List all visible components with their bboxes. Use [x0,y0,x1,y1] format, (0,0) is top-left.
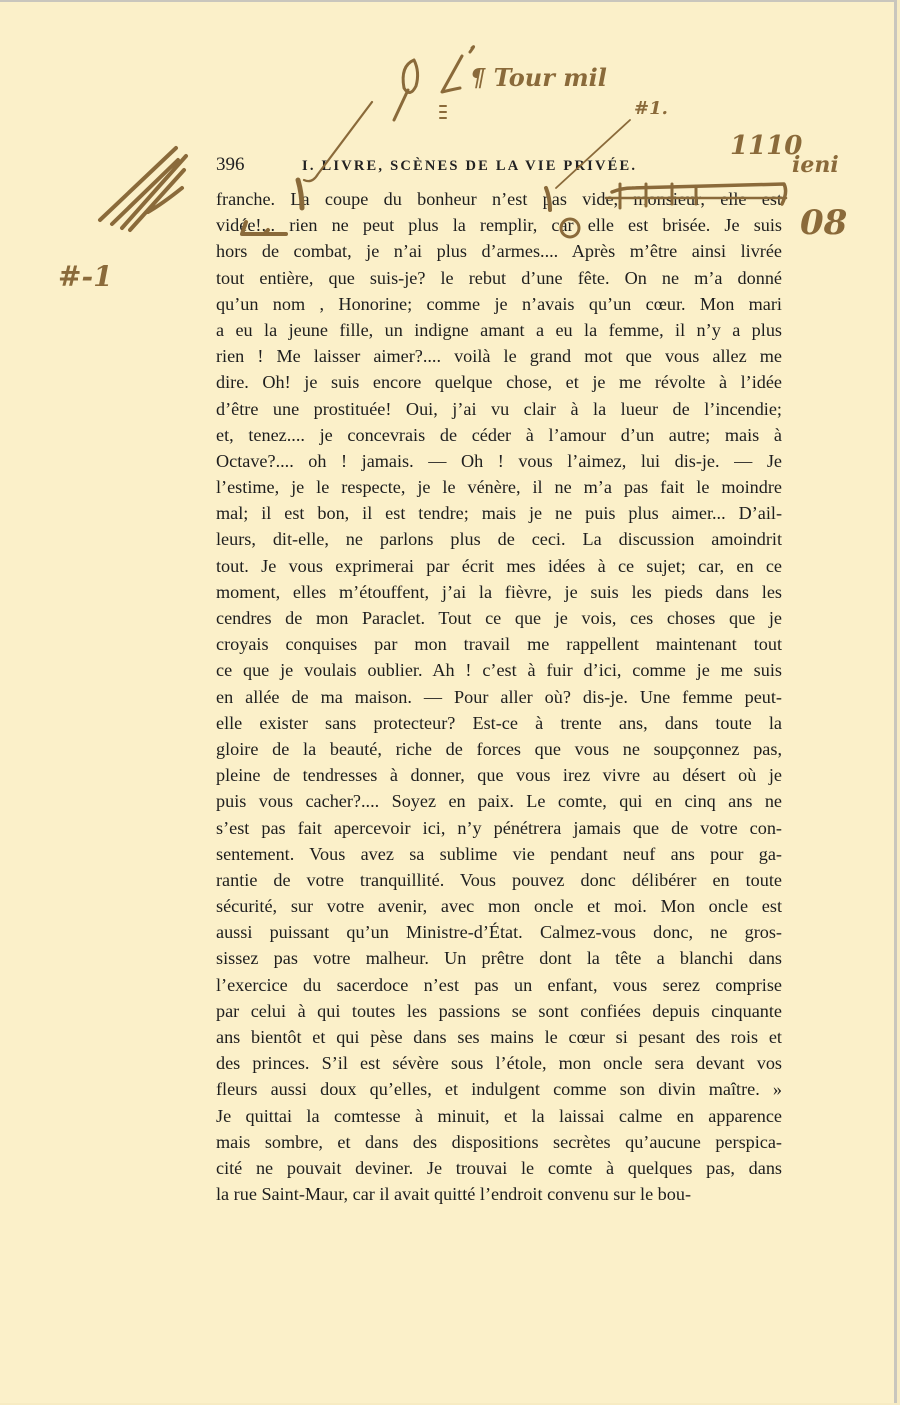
text-line: tout entière, que suis-je? le rebut d’un… [216,265,782,291]
text-line: dire. Oh! je suis encore quelque chose, … [216,369,782,395]
annotation-top-right-text: #1. [634,98,668,119]
annotation-top-center-text: ¶ Tour mil [470,63,607,92]
text-line: leurs, dit-elle, ne parlons plus de ceci… [216,526,782,552]
text-line: s’est pas fait apercevoir ici, n’y pénét… [216,815,782,841]
text-line: aussi puissant qu’un Ministre-d’État. Ca… [216,919,782,945]
annotation-right-word: ieni [792,152,839,178]
text-line: vidée!... rien ne peut plus la remplir, … [216,212,782,238]
text-line: croyais conquises par mon travail me rap… [216,631,782,657]
text-line: mal; il est bon, il est tendre; mais je … [216,500,782,526]
book-page: 396 I. LIVRE, SCÈNES DE LA VIE PRIVÉE. f… [0,0,897,1403]
text-line: cité ne pouvait deviner. Je trouvai le c… [216,1155,782,1181]
body-text: franche. La coupe du bonheur n’est pas v… [216,186,782,1207]
text-line: ans bientôt et qui pèse dans ses mains l… [216,1024,782,1050]
text-line: des princes. S’il est sévère sous l’étol… [216,1050,782,1076]
running-title: I. LIVRE, SCÈNES DE LA VIE PRIVÉE. [302,158,637,175]
text-line: Octave?.... oh ! jamais. — Oh ! vous l’a… [216,448,782,474]
text-line: d’être une prostituée! Oui, j’ai vu clai… [216,396,782,422]
text-line: la rue Saint-Maur, car il avait quitté l… [216,1181,782,1207]
text-line: en allée de ma maison. — Pour aller où? … [216,684,782,710]
text-line: et, tenez.... je concevrais de céder à l… [216,422,782,448]
text-line: fleurs aussi doux qu’elles, et indulgent… [216,1076,782,1102]
annotation-left-margin: #-1 [58,148,186,293]
text-line: rien ! Me laisser aimer?.... voilà le gr… [216,343,782,369]
text-line: cendres de mon Paraclet. Tout ce que je … [216,605,782,631]
text-line: a eu la jeune fille, un indigne amant a … [216,317,782,343]
text-line: tout. Je vous exprimerai par écrit mes i… [216,553,782,579]
text-line: gloire de la beauté, riche de forces que… [216,736,782,762]
text-line: puis vous cacher?.... Soyez en paix. Le … [216,788,782,814]
text-line: moment, elles m’étouffent, j’ai la fièvr… [216,579,782,605]
text-line: pleine de tendresses à donner, que vous … [216,762,782,788]
text-line: mais sombre, et dans des dispositions se… [216,1129,782,1155]
text-line: sécurité, sur votre avenir, avec mon onc… [216,893,782,919]
text-line: par celui à qui toutes les passions se s… [216,998,782,1024]
annotation-left-mark: #-1 [58,260,113,293]
text-line: sentement. Vous avez sa sublime vie pend… [216,841,782,867]
annotation-right-mark: 08 [800,203,847,243]
text-line: elle exister sans protecteur? Est-ce à t… [216,710,782,736]
text-line: franche. La coupe du bonheur n’est pas v… [216,186,782,212]
text-line: rantie de votre tranquillité. Vous pouve… [216,867,782,893]
text-line: sissez pas votre malheur. Un prêtre dont… [216,945,782,971]
text-line: l’estime, je le respecte, je le vénère, … [216,474,782,500]
text-line: hors de combat, je n’ai plus d’armes....… [216,238,782,264]
text-line: qu’un nom , Honorine; comme je n’avais q… [216,291,782,317]
text-line: Je quittai la comtesse à minuit, et la l… [216,1103,782,1129]
text-line: l’exercice du sacerdoce n’est pas un enf… [216,972,782,998]
text-line: ce que je voulais oublier. Ah ! c’est à … [216,657,782,683]
running-head: 396 I. LIVRE, SCÈNES DE LA VIE PRIVÉE. [216,154,782,178]
page-number: 396 [216,154,245,176]
